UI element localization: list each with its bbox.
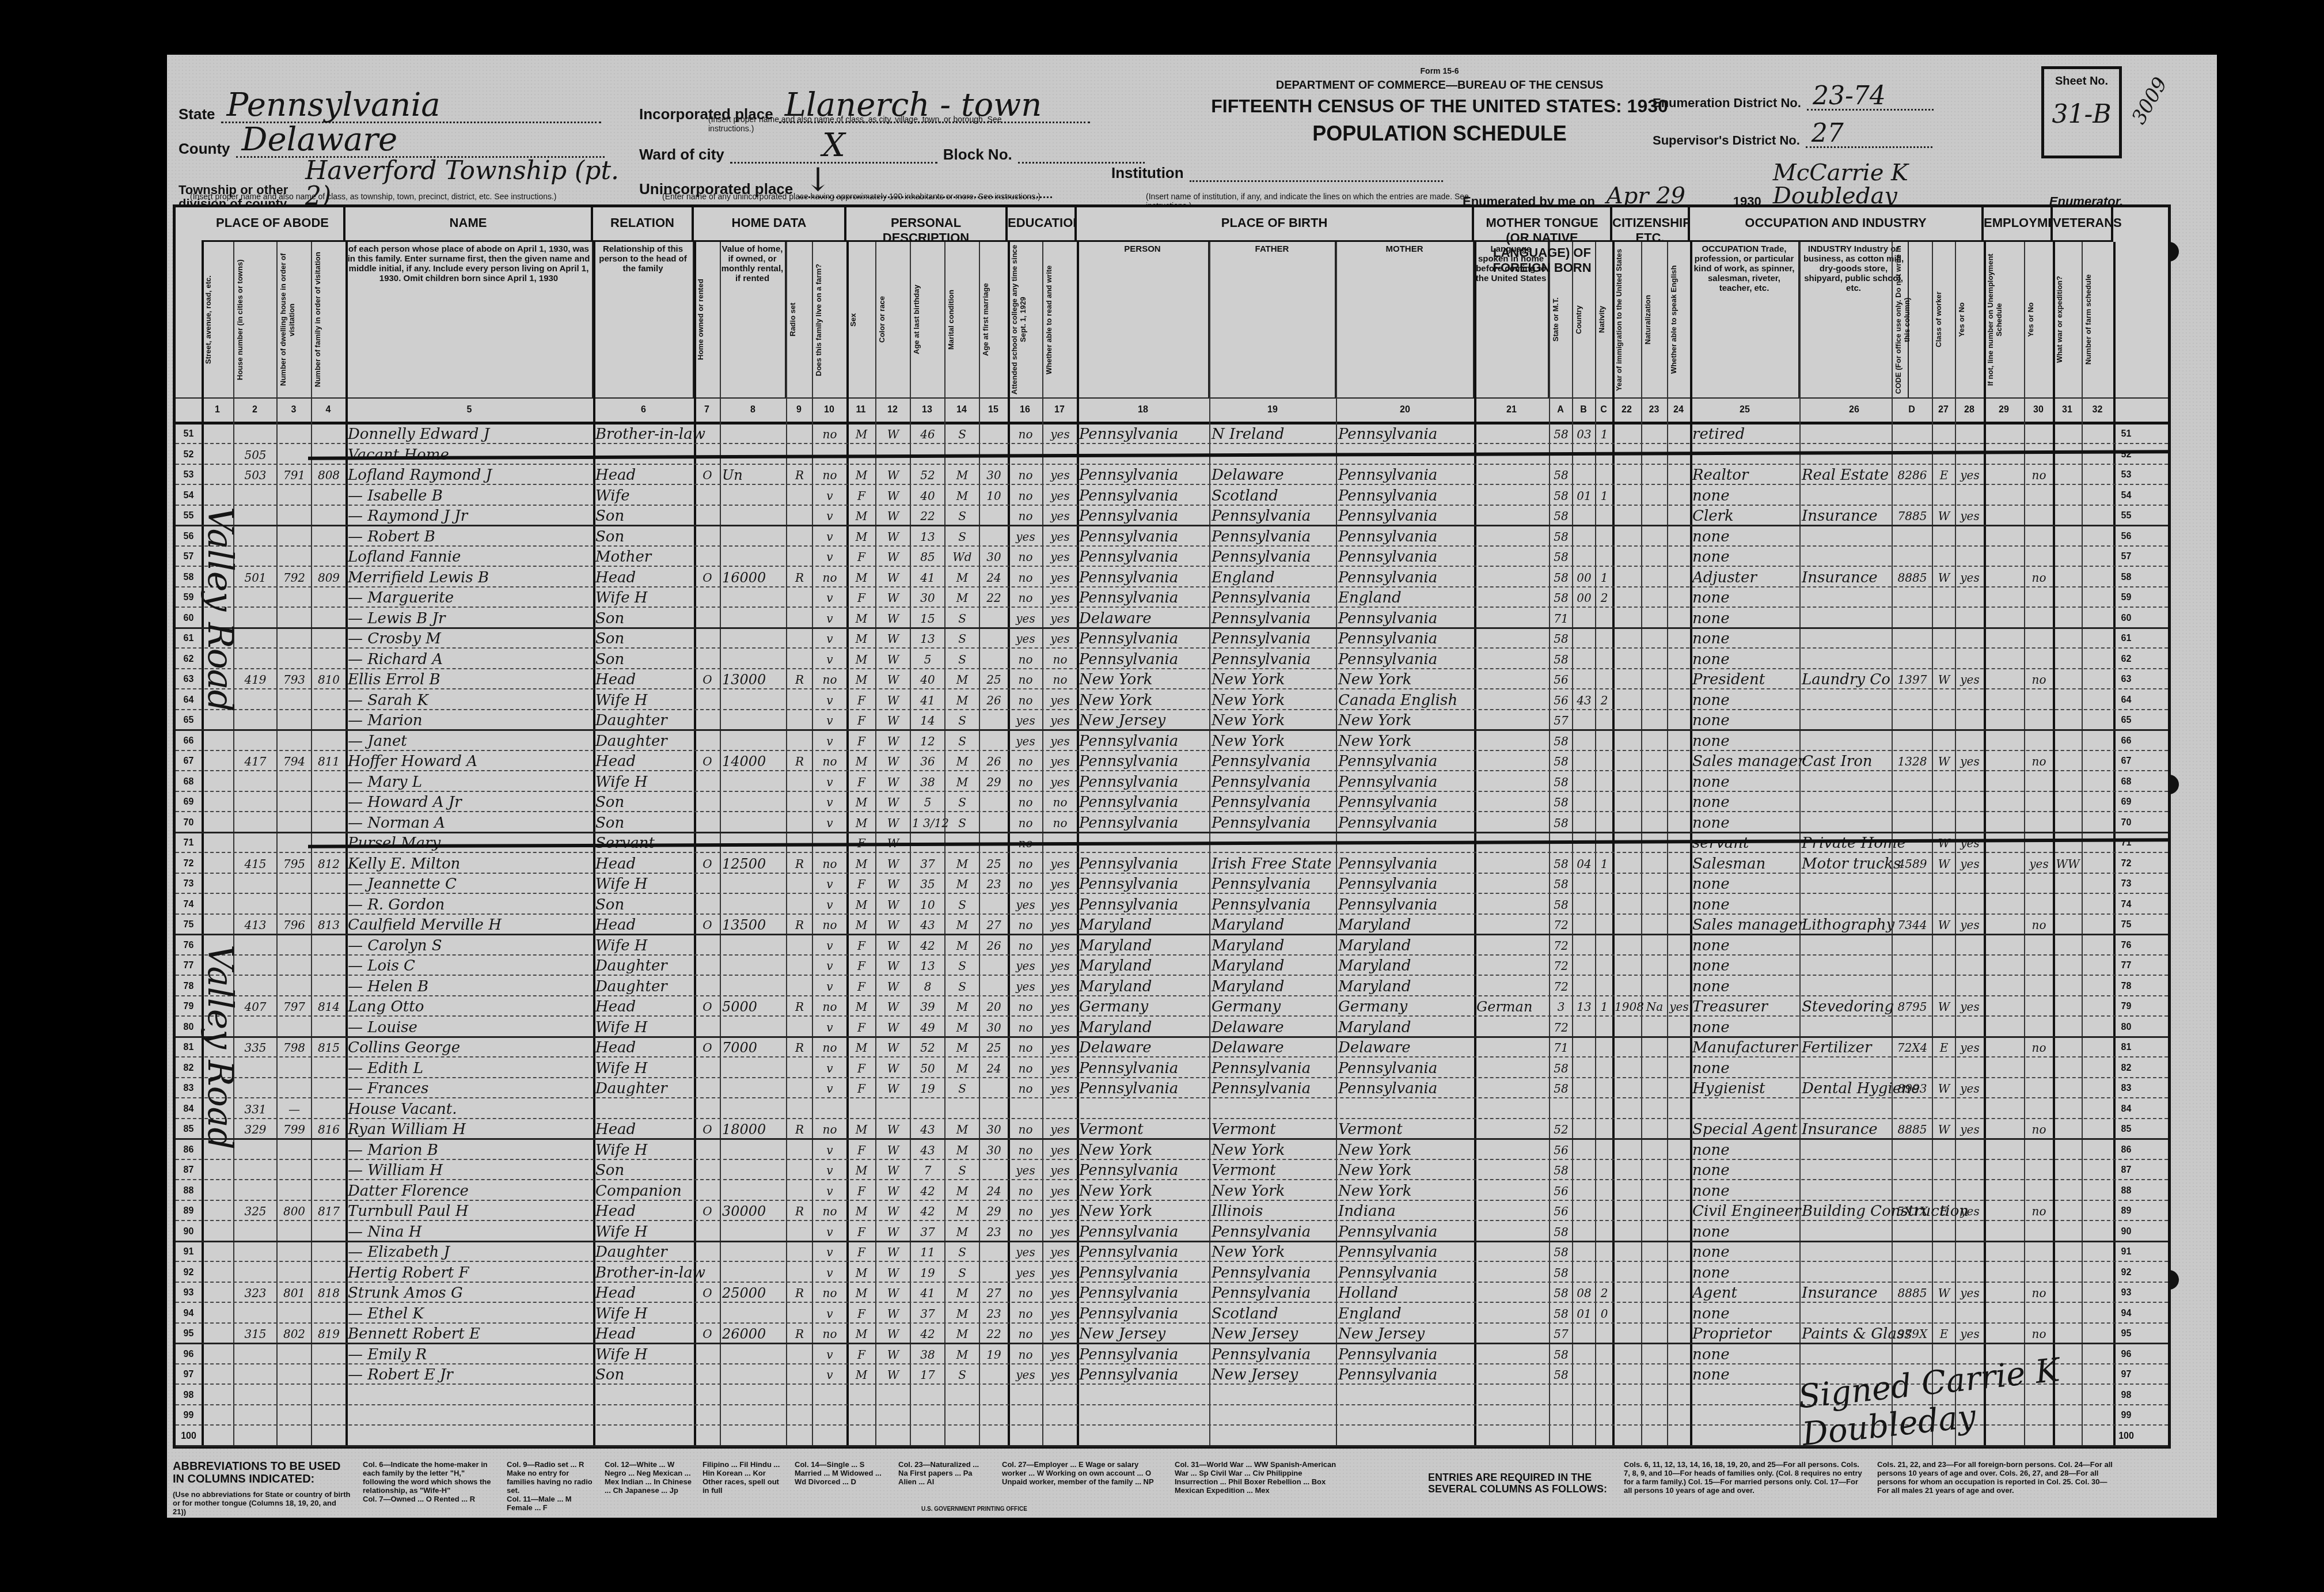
cell-sex: M <box>849 1200 874 1220</box>
cell-sch <box>1010 1385 1041 1404</box>
column-header: Radio set <box>786 242 812 397</box>
cell-bpm: Canada English <box>1338 689 1473 709</box>
entries-col-rules-1: Cols. 6, 11, 12, 13, 14, 16, 18, 19, 20,… <box>1624 1460 1866 1495</box>
cell-nat <box>1643 526 1666 545</box>
cell-age: 5 <box>912 649 943 668</box>
cell-eng <box>1669 567 1689 586</box>
cell-race: W <box>878 1303 909 1322</box>
cell-house: 501 <box>236 567 275 586</box>
cell-mar: M <box>947 1200 978 1220</box>
cell-rel: Son <box>595 791 693 811</box>
cell-bpf: Pennsylvania <box>1212 1221 1335 1241</box>
column-number: 16 <box>1008 399 1042 422</box>
cell-c: 1 <box>1597 485 1611 505</box>
table-row: 5959— MargueriteWife HvFW30M22noyesPenns… <box>176 587 2168 608</box>
line-number-right: 58 <box>2113 567 2139 586</box>
table-row: 7676— Carolyn SWife HvFW42M26noyesMaryla… <box>176 935 2168 956</box>
cell-emp: yes <box>1957 1282 1983 1302</box>
cell-bpf <box>1212 1426 1335 1445</box>
cell-race: W <box>878 567 909 586</box>
cell-rw: yes <box>1045 1159 1076 1179</box>
cell-age: 40 <box>912 485 943 505</box>
cell-bpm <box>1338 1385 1473 1404</box>
cell-bp: Pennsylvania <box>1079 1344 1208 1363</box>
cell-age: 37 <box>912 853 943 873</box>
column-header: Year of immigration to the United States <box>1612 242 1641 397</box>
cell-vet <box>2026 1139 2052 1159</box>
cell-lang <box>1476 628 1548 647</box>
cell-imm <box>1615 873 1640 893</box>
cell-fam <box>313 771 344 791</box>
cell-rw: yes <box>1045 955 1076 975</box>
cell-emp: yes <box>1957 1119 1983 1138</box>
cell-own <box>696 1180 719 1200</box>
census-title: FIFTEENTH CENSUS OF THE UNITED STATES: 1… <box>1180 96 1699 117</box>
cell-bpf: Pennsylvania <box>1212 628 1335 647</box>
cell-occ: Proprietor <box>1692 1323 1798 1343</box>
cell-c <box>1597 1037 1611 1056</box>
cell-fam <box>313 1303 344 1322</box>
cell-age: 43 <box>912 1119 943 1138</box>
cell-bp: Maryland <box>1079 976 1208 995</box>
sheet-label: Sheet No. <box>2044 75 2119 88</box>
cell-a: 56 <box>1551 1200 1571 1220</box>
cell-lang <box>1476 955 1548 975</box>
cell-age: 17 <box>912 1364 943 1383</box>
cell-own: O <box>696 1119 719 1138</box>
cell-a: 58 <box>1551 812 1571 832</box>
cell-emp <box>1957 710 1983 729</box>
cell-war <box>2055 1303 2080 1322</box>
cell-a: 72 <box>1551 1017 1571 1036</box>
cell-lang <box>1476 1017 1548 1036</box>
cell-war <box>2055 935 2080 954</box>
line-number: 65 <box>176 710 202 729</box>
cell-own: O <box>696 996 719 1015</box>
cell-dw <box>279 628 310 647</box>
cell-dw <box>279 1139 310 1159</box>
cell-dw: 792 <box>279 567 310 586</box>
cell-radio <box>788 423 811 443</box>
cell-rw: yes <box>1045 485 1076 505</box>
cell-mar: M <box>947 1057 978 1077</box>
cell-farm: v <box>814 1078 845 1097</box>
line-number-right: 89 <box>2113 1200 2139 1220</box>
cell-war <box>2055 1057 2080 1077</box>
cell-a <box>1551 1405 1571 1424</box>
cell-house <box>236 649 275 668</box>
cell-rel: Wife H <box>595 1139 693 1159</box>
cell-emp: yes <box>1957 1323 1983 1343</box>
cell-c <box>1597 608 1611 627</box>
cell-war <box>2055 1323 2080 1343</box>
cell-rel: Wife H <box>595 587 693 607</box>
cell-emp <box>1957 955 1983 975</box>
cell-eng <box>1669 1426 1689 1445</box>
cell-val: 12500 <box>722 853 785 873</box>
cell-own <box>696 546 719 566</box>
cell-cls <box>1934 771 1954 791</box>
cell-code <box>1894 1180 1931 1200</box>
cell-bpm: Pennsylvania <box>1338 791 1473 811</box>
cell-sch: no <box>1010 873 1041 893</box>
cell-house <box>236 1180 275 1200</box>
cell-agem <box>981 1098 1007 1118</box>
cell-sch: yes <box>1010 955 1041 975</box>
cell-name: — Marion B <box>348 1139 592 1159</box>
cell-own <box>696 1017 719 1036</box>
cell-sch: no <box>1010 567 1041 586</box>
cell-ind <box>1802 1221 1908 1241</box>
line-number: 69 <box>176 791 202 811</box>
cell-c <box>1597 771 1611 791</box>
cell-house <box>236 1385 275 1404</box>
cell-val <box>722 1159 785 1179</box>
cell-own <box>696 730 719 750</box>
cell-lang <box>1476 689 1548 709</box>
cell-rw: no <box>1045 812 1076 832</box>
cell-dw: 801 <box>279 1282 310 1302</box>
cell-b <box>1574 1344 1594 1363</box>
line-number-right: 79 <box>2113 996 2139 1015</box>
cell-imm <box>1615 1139 1640 1159</box>
cell-sch: no <box>1010 587 1041 607</box>
cell-lang: German <box>1476 996 1548 1015</box>
cell-radio <box>788 1139 811 1159</box>
cell-dw <box>279 1057 310 1077</box>
cell-name: — Norman A <box>348 812 592 832</box>
cell-war <box>2055 976 2080 995</box>
column-number: 32 <box>2082 399 2113 422</box>
line-number: 96 <box>176 1344 202 1363</box>
cell-name: — Ethel K <box>348 1303 592 1322</box>
cell-radio <box>788 1180 811 1200</box>
cell-emp <box>1957 873 1983 893</box>
cell-imm <box>1615 423 1640 443</box>
cell-fam <box>313 1262 344 1282</box>
cell-eng <box>1669 1364 1689 1383</box>
cell-sex: M <box>849 853 874 873</box>
cell-occ: Sales manager <box>1692 750 1798 770</box>
cell-agem: 26 <box>981 935 1007 954</box>
cell-own <box>696 1159 719 1179</box>
column-header: Attended school or college any time sinc… <box>1008 242 1042 397</box>
cell-agem: 25 <box>981 1037 1007 1056</box>
cell-dw <box>279 812 310 832</box>
cell-vet <box>2026 587 2052 607</box>
cell-own <box>696 1139 719 1159</box>
cell-war <box>2055 894 2080 913</box>
cell-dw <box>279 1364 310 1383</box>
cell-eng <box>1669 423 1689 443</box>
cell-a: 58 <box>1551 750 1571 770</box>
cell-a: 71 <box>1551 1037 1571 1056</box>
line-number-right: 95 <box>2113 1323 2139 1343</box>
cell-age: 7 <box>912 1159 943 1179</box>
cell-dw <box>279 587 310 607</box>
line-number-right: 84 <box>2113 1098 2139 1118</box>
cell-rw: yes <box>1045 750 1076 770</box>
cell-age <box>912 1426 943 1445</box>
cell-mar: S <box>947 526 978 545</box>
column-number: 7 <box>694 399 720 422</box>
cell-farm: no <box>814 1323 845 1343</box>
cell-dw <box>279 1303 310 1322</box>
column-number: 13 <box>910 399 944 422</box>
cell-emp <box>1957 1017 1983 1036</box>
cell-lang <box>1476 791 1548 811</box>
cell-emp <box>1957 608 1983 627</box>
cell-bpm: Maryland <box>1338 955 1473 975</box>
column-header: MOTHER <box>1336 242 1474 397</box>
cell-nat <box>1643 1385 1666 1404</box>
cell-race: W <box>878 873 909 893</box>
cell-vet <box>2026 976 2052 995</box>
cell-a <box>1551 1426 1571 1445</box>
cell-c <box>1597 955 1611 975</box>
cell-sch: no <box>1010 996 1041 1015</box>
cell-age: 5 <box>912 791 943 811</box>
state-label: State <box>179 105 215 123</box>
cell-val: 16000 <box>722 567 785 586</box>
ed-value: 23-74 <box>1807 84 1934 111</box>
cell-own <box>696 771 719 791</box>
cell-imm <box>1615 914 1640 934</box>
cell-emp <box>1957 689 1983 709</box>
column-number: 10 <box>812 399 846 422</box>
cell-cls <box>1934 546 1954 566</box>
cell-ind: Lithography <box>1802 914 1908 934</box>
cell-rw: yes <box>1045 1200 1076 1220</box>
table-row: 8383— FrancesDaughtervFW19SnoyesPennsylv… <box>176 1078 2168 1098</box>
table-row: 6767417794811Hoffer Howard AHeadO14000Rn… <box>176 750 2168 771</box>
column-number: A <box>1549 399 1572 422</box>
cell-ind: Motor trucks <box>1802 853 1908 873</box>
cell-mar: M <box>947 771 978 791</box>
column-number: 20 <box>1336 399 1474 422</box>
cell-race: W <box>878 914 909 934</box>
sd-value: 27 <box>1806 121 1932 148</box>
cell-war <box>2055 1078 2080 1097</box>
cell-a: 57 <box>1551 1323 1571 1343</box>
cell-farm: no <box>814 1119 845 1138</box>
cell-race: W <box>878 1282 909 1302</box>
cell-nat <box>1643 1282 1666 1302</box>
cell-fam <box>313 935 344 954</box>
line-number: 88 <box>176 1180 202 1200</box>
cell-cls: W <box>1934 914 1954 934</box>
cell-mar: M <box>947 1037 978 1056</box>
cell-own <box>696 1303 719 1322</box>
cell-b <box>1574 1159 1594 1179</box>
cell-nat <box>1643 1241 1666 1261</box>
cell-lang <box>1476 976 1548 995</box>
cell-farm: v <box>814 1180 845 1200</box>
cell-race: W <box>878 608 909 627</box>
cell-b <box>1574 1180 1594 1200</box>
cell-fam <box>313 689 344 709</box>
cell-bpf: Pennsylvania <box>1212 750 1335 770</box>
column-header: If not, line number on Unemployment Sche… <box>1984 242 2024 397</box>
cell-name: Strunk Amos G <box>348 1282 592 1302</box>
column-header: Sex <box>846 242 875 397</box>
abbrev-title: ABBREVIATIONS TO BE USED IN COLUMNS INDI… <box>173 1460 345 1485</box>
cell-bpf: Pennsylvania <box>1212 1078 1335 1097</box>
cell-nat <box>1643 1139 1666 1159</box>
cell-b <box>1574 546 1594 566</box>
column-header: Relationship of this person to the head … <box>593 242 694 397</box>
cell-bpf: New York <box>1212 1180 1335 1200</box>
cell-b <box>1574 914 1594 934</box>
line-number: 83 <box>176 1078 202 1097</box>
cell-race: W <box>878 587 909 607</box>
cell-sch: yes <box>1010 526 1041 545</box>
abbrev-col9: Col. 9—Radio set ... R Make no entry for… <box>507 1460 593 1495</box>
cell-bpm: Pennsylvania <box>1338 853 1473 873</box>
cell-sch: no <box>1010 505 1041 525</box>
cell-war: WW <box>2055 853 2080 873</box>
cell-sch: no <box>1010 485 1041 505</box>
cell-fam <box>313 1364 344 1383</box>
line-number-right: 60 <box>2113 608 2139 627</box>
cell-farm: v <box>814 976 845 995</box>
line-number: 54 <box>176 485 202 505</box>
cell-war <box>2055 1426 2080 1445</box>
cell-name: Pursel Mary <box>348 832 592 852</box>
cell-bpf: Delaware <box>1212 1037 1335 1056</box>
cell-eng <box>1669 1241 1689 1261</box>
cell-rel: Wife H <box>595 873 693 893</box>
cell-a: 52 <box>1551 1119 1571 1138</box>
cell-code <box>1894 976 1931 995</box>
cell-cls: E <box>1934 464 1954 484</box>
line-number-right: 86 <box>2113 1139 2139 1159</box>
cell-rw: yes <box>1045 1282 1076 1302</box>
cell-mar: M <box>947 750 978 770</box>
cell-war <box>2055 791 2080 811</box>
cell-race: W <box>878 996 909 1015</box>
cell-own <box>696 1078 719 1097</box>
cell-vet <box>2026 608 2052 627</box>
cell-agem: 27 <box>981 914 1007 934</box>
cell-sch: no <box>1010 1282 1041 1302</box>
cell-val <box>722 1364 785 1383</box>
cell-eng <box>1669 873 1689 893</box>
cell-dw <box>279 444 310 464</box>
cell-house <box>236 423 275 443</box>
cell-occ: none <box>1692 1221 1798 1241</box>
cell-b <box>1574 526 1594 545</box>
cell-dw <box>279 1262 310 1282</box>
cell-imm <box>1615 730 1640 750</box>
state-field: State Pennsylvania <box>179 89 601 123</box>
cell-house: 323 <box>236 1282 275 1302</box>
table-row: 6363419793810Ellis Errol BHeadO13000RnoM… <box>176 669 2168 689</box>
cell-c: 1 <box>1597 567 1611 586</box>
cell-imm <box>1615 1221 1640 1241</box>
cell-ind: Dental Hygiene <box>1802 1078 1908 1097</box>
column-number: 27 <box>1932 399 1955 422</box>
cell-war <box>2055 812 2080 832</box>
cell-bpf: Pennsylvania <box>1212 1282 1335 1302</box>
cell-sex: F <box>849 730 874 750</box>
cell-vet <box>2026 546 2052 566</box>
cell-b <box>1574 710 1594 729</box>
line-number-right: 54 <box>2113 485 2139 505</box>
cell-rel: Daughter <box>595 1078 693 1097</box>
cell-b <box>1574 649 1594 668</box>
cell-mar: M <box>947 1221 978 1241</box>
cell-sch: no <box>1010 1323 1041 1343</box>
cell-race: W <box>878 955 909 975</box>
line-number-right: 68 <box>2113 771 2139 791</box>
cell-cls: E <box>1934 1200 1954 1220</box>
cell-house <box>236 1159 275 1179</box>
institution-value <box>1190 180 1443 182</box>
line-number: 72 <box>176 853 202 873</box>
table-row: 7474— R. GordonSonvMW10SyesyesPennsylvan… <box>176 894 2168 915</box>
cell-rel <box>595 1405 693 1424</box>
cell-war <box>2055 914 2080 934</box>
cell-agem: 22 <box>981 587 1007 607</box>
cell-radio <box>788 771 811 791</box>
cell-house <box>236 771 275 791</box>
cell-age: 42 <box>912 1200 943 1220</box>
cell-sex: F <box>849 1303 874 1322</box>
cell-own: O <box>696 669 719 688</box>
cell-c <box>1597 1262 1611 1282</box>
cell-occ: none <box>1692 1017 1798 1036</box>
cell-name: — Raymond J Jr <box>348 505 592 525</box>
cell-eng <box>1669 914 1689 934</box>
cell-rw: yes <box>1045 1262 1076 1282</box>
cell-cls: W <box>1934 669 1954 688</box>
cell-imm <box>1615 669 1640 688</box>
line-number: 66 <box>176 730 202 750</box>
cell-vet: no <box>2026 750 2052 770</box>
cell-own <box>696 873 719 893</box>
cell-own <box>696 587 719 607</box>
cell-agem <box>981 628 1007 647</box>
cell-radio: R <box>788 1323 811 1343</box>
cell-house: 413 <box>236 914 275 934</box>
cell-agem <box>981 1262 1007 1282</box>
table-row: 6464— Sarah KWife HvFW41M26noyesNew York… <box>176 689 2168 710</box>
cell-vet <box>2026 1221 2052 1241</box>
cell-house <box>236 608 275 627</box>
cell-nat <box>1643 689 1666 709</box>
cell-lang <box>1476 873 1548 893</box>
cell-dw <box>279 1017 310 1036</box>
cell-race: W <box>878 1200 909 1220</box>
cell-val: Un <box>722 464 785 484</box>
cell-code <box>1894 1057 1931 1077</box>
cell-sch: yes <box>1010 608 1041 627</box>
cell-bpf: Pennsylvania <box>1212 771 1335 791</box>
cell-occ: retired <box>1692 423 1798 443</box>
cell-sch: no <box>1010 423 1041 443</box>
cell-own <box>696 628 719 647</box>
cell-fam <box>313 526 344 545</box>
cell-war <box>2055 1200 2080 1220</box>
cell-bp: Pennsylvania <box>1079 853 1208 873</box>
cell-imm <box>1615 1057 1640 1077</box>
cell-bpm: Maryland <box>1338 935 1473 954</box>
cell-bpm: Pennsylvania <box>1338 873 1473 893</box>
cell-lang <box>1476 1057 1548 1077</box>
column-number: 2 <box>233 399 276 422</box>
county-field: County Delaware <box>179 124 605 158</box>
